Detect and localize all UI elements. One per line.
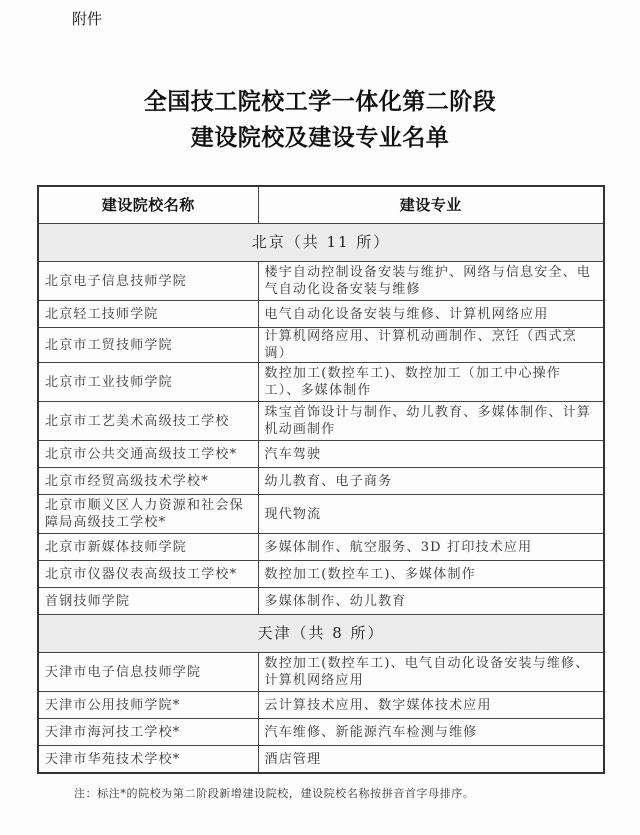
table-row: 天津市电子信息技师学院 数控加工(数控车工)、电气自动化设备安装与维修、计算机网… [38, 653, 604, 692]
footnote: 注：标注*的院校为第二阶段新增建设院校，建设院校名称按拼音首字母排序。 [74, 785, 475, 801]
school-name: 北京市新媒体技师学院 [38, 534, 258, 561]
table-row: 北京市工贸技师学院 计算机网络应用、计算机动画制作、烹饪（西式烹调） [38, 328, 604, 363]
table-row: 天津市海河技工学校* 汽车维修、新能源汽车检测与维修 [38, 719, 604, 746]
school-name: 北京市经贸高级技术学校* [38, 468, 258, 495]
majors: 现代物流 [258, 495, 604, 534]
school-name: 北京市工艺美术高级技工学校 [38, 402, 258, 441]
school-name: 天津市华苑技术学校* [38, 746, 258, 774]
header-majors: 建设专业 [258, 186, 604, 224]
majors: 汽车维修、新能源汽车检测与维修 [258, 719, 604, 746]
school-name: 北京市工贸技师学院 [38, 328, 258, 363]
table-row: 天津市公用技师学院* 云计算技术应用、数字媒体技术应用 [38, 692, 604, 719]
table-row: 北京市顺义区人力资源和社会保障局高级技工学校* 现代物流 [38, 495, 604, 534]
majors: 数控加工(数控车工)、多媒体制作 [258, 561, 604, 588]
table-row: 北京电子信息技师学院 楼宇自动控制设备安装与维护、网络与信息安全、电气自动化设备… [38, 262, 604, 301]
school-name: 北京市仪器仪表高级技工学校* [38, 561, 258, 588]
table-row: 北京市工艺美术高级技工学校 珠宝首饰设计与制作、幼儿教育、多媒体制作、计算机动画… [38, 402, 604, 441]
majors: 幼儿教育、电子商务 [258, 468, 604, 495]
school-name: 北京电子信息技师学院 [38, 262, 258, 301]
table-row: 北京市公共交通高级技工学校* 汽车驾驶 [38, 441, 604, 468]
table-header-row: 建设院校名称 建设专业 [38, 186, 604, 224]
table-row: 北京市新媒体技师学院 多媒体制作、航空服务、3D 打印技术应用 [38, 534, 604, 561]
school-name: 北京市顺义区人力资源和社会保障局高级技工学校* [38, 495, 258, 534]
school-name: 北京轻工技师学院 [38, 301, 258, 328]
section-row-beijing: 北京（共 11 所） [38, 224, 604, 262]
table-row: 北京市工业技师学院 数控加工(数控车工)、数控加工（加工中心操作工）、多媒体制作 [38, 363, 604, 402]
section-label: 天津（共 8 所） [38, 615, 604, 653]
majors: 楼宇自动控制设备安装与维护、网络与信息安全、电气自动化设备安装与维修 [258, 262, 604, 301]
majors: 多媒体制作、幼儿教育 [258, 588, 604, 615]
school-name: 北京市工业技师学院 [38, 363, 258, 402]
majors: 酒店管理 [258, 746, 604, 774]
majors: 数控加工(数控车工)、数控加工（加工中心操作工）、多媒体制作 [258, 363, 604, 402]
majors: 数控加工(数控车工)、电气自动化设备安装与维修、计算机网络应用 [258, 653, 604, 692]
table-row: 北京轻工技师学院 电气自动化设备安装与维修、计算机网络应用 [38, 301, 604, 328]
school-name: 天津市公用技师学院* [38, 692, 258, 719]
school-name: 天津市海河技工学校* [38, 719, 258, 746]
majors: 汽车驾驶 [258, 441, 604, 468]
document-title-line-2: 建设院校及建设专业名单 [0, 119, 640, 152]
document-title-line-1: 全国技工院校工学一体化第二阶段 [0, 83, 640, 116]
attachment-label: 附件 [72, 8, 102, 29]
table-row: 北京市经贸高级技术学校* 幼儿教育、电子商务 [38, 468, 604, 495]
section-label: 北京（共 11 所） [38, 224, 604, 262]
table-row: 首钢技师学院 多媒体制作、幼儿教育 [38, 588, 604, 615]
majors: 电气自动化设备安装与维修、计算机网络应用 [258, 301, 604, 328]
majors: 云计算技术应用、数字媒体技术应用 [258, 692, 604, 719]
majors: 计算机网络应用、计算机动画制作、烹饪（西式烹调） [258, 328, 604, 363]
school-name: 天津市电子信息技师学院 [38, 653, 258, 692]
school-name: 首钢技师学院 [38, 588, 258, 615]
majors: 多媒体制作、航空服务、3D 打印技术应用 [258, 534, 604, 561]
majors: 珠宝首饰设计与制作、幼儿教育、多媒体制作、计算机动画制作 [258, 402, 604, 441]
school-name: 北京市公共交通高级技工学校* [38, 441, 258, 468]
section-row-tianjin: 天津（共 8 所） [38, 615, 604, 653]
header-school-name: 建设院校名称 [38, 186, 258, 224]
table-row: 天津市华苑技术学校* 酒店管理 [38, 746, 604, 774]
table-row: 北京市仪器仪表高级技工学校* 数控加工(数控车工)、多媒体制作 [38, 561, 604, 588]
school-majors-table: 建设院校名称 建设专业 北京（共 11 所） 北京电子信息技师学院 楼宇自动控制… [37, 185, 605, 774]
